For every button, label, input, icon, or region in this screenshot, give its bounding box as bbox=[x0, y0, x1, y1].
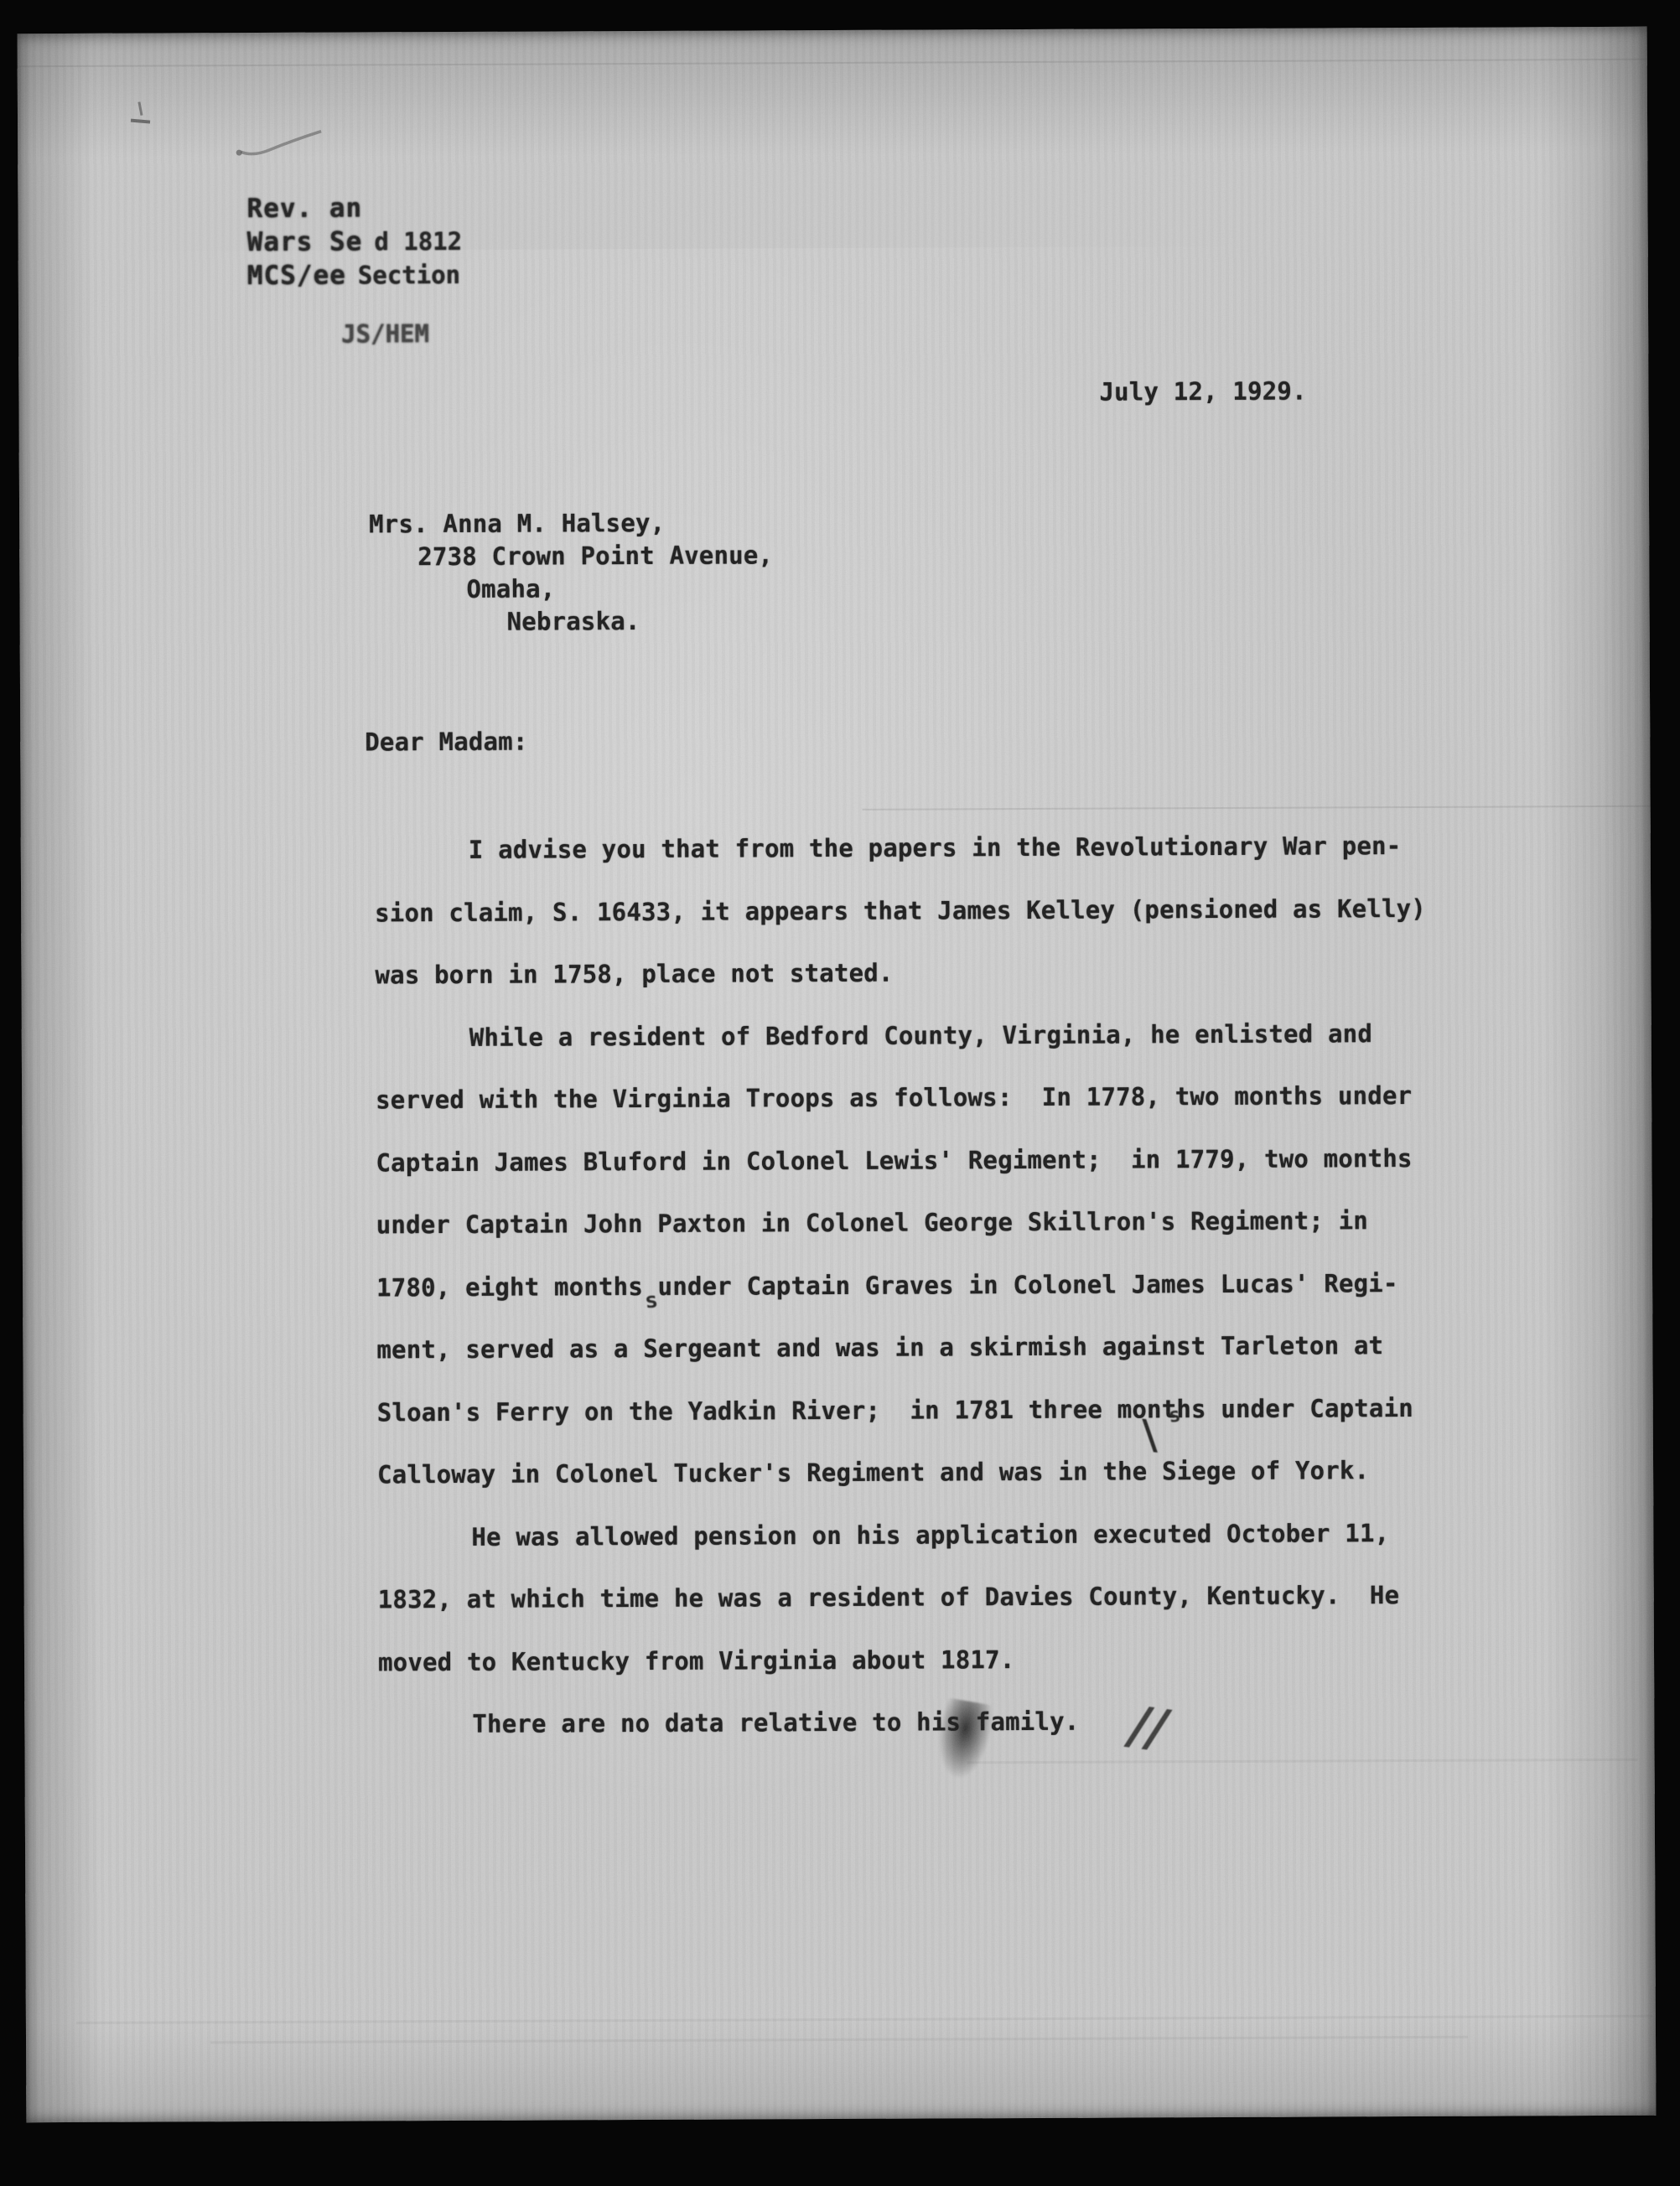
recipient-street: 2738 Crown Point Avenue, bbox=[417, 539, 773, 573]
body-line: moved to Kentucky from Virginia about 18… bbox=[378, 1626, 1518, 1693]
stamp-line2: Wars Se bbox=[247, 226, 363, 257]
department-stamp: Rev. an Wars Sed 1812 MCS/eeSection JS/H… bbox=[182, 158, 462, 299]
stamp-line4-initials: JS/HEM bbox=[341, 319, 429, 348]
body-line: I advise you that from the papers in the… bbox=[375, 814, 1515, 881]
body-line: He was allowed pension on his applicatio… bbox=[377, 1501, 1517, 1568]
body-line: was born in 1758, place not stated. bbox=[375, 939, 1515, 1006]
handwritten-sergeant-correction: s bbox=[644, 1287, 660, 1314]
stamp-line3: MCS/ee bbox=[247, 261, 346, 292]
body-line: Calloway in Colonel Tucker's Regiment an… bbox=[377, 1438, 1517, 1505]
stamp-line2-typed: d 1812 bbox=[374, 227, 462, 256]
scanned-letter-screen: Rev. an Wars Sed 1812 MCS/eeSection JS/H… bbox=[0, 0, 1680, 2186]
stamp-line1: Rev. an bbox=[246, 193, 362, 224]
letter-paper: Rev. an Wars Sed 1812 MCS/eeSection JS/H… bbox=[18, 27, 1657, 2122]
body-line: 1832, at which time he was a resident of… bbox=[378, 1563, 1518, 1630]
body-line: sion claim, S. 16433, it appears that Ja… bbox=[375, 877, 1515, 944]
letter-body: I advise you that from the papers in the… bbox=[375, 814, 1519, 1755]
date-line: July 12, 1929. bbox=[1099, 377, 1306, 407]
recipient-city: Omaha, bbox=[466, 572, 822, 606]
body-line: While a resident of Bedford County, Virg… bbox=[376, 1002, 1516, 1069]
stamp-line3-typed: Section bbox=[358, 261, 460, 290]
recipient-address: Mrs. Anna M. Halsey, 2738 Crown Point Av… bbox=[369, 507, 725, 640]
recipient-name: Mrs. Anna M. Halsey, bbox=[369, 507, 724, 541]
body-line: Captain James Bluford in Colonel Lewis' … bbox=[376, 1127, 1516, 1194]
stamp-row: Rev. an bbox=[182, 158, 462, 192]
salutation: Dear Madam: bbox=[365, 728, 527, 757]
body-line: 1780, eight months under Captain Graves … bbox=[376, 1251, 1517, 1318]
body-line: ment, served as a Sergeant and was in a … bbox=[376, 1313, 1517, 1380]
body-line: under Captain John Paxton in Colonel Geo… bbox=[376, 1189, 1517, 1256]
body-line: Sloan's Ferry on the Yadkin River; in 17… bbox=[377, 1376, 1517, 1443]
body-line: served with the Virginia Troops as follo… bbox=[376, 1064, 1516, 1131]
handwritten-siege-stroke: \ bbox=[1136, 1411, 1164, 1458]
recipient-state: Nebraska. bbox=[507, 604, 863, 639]
